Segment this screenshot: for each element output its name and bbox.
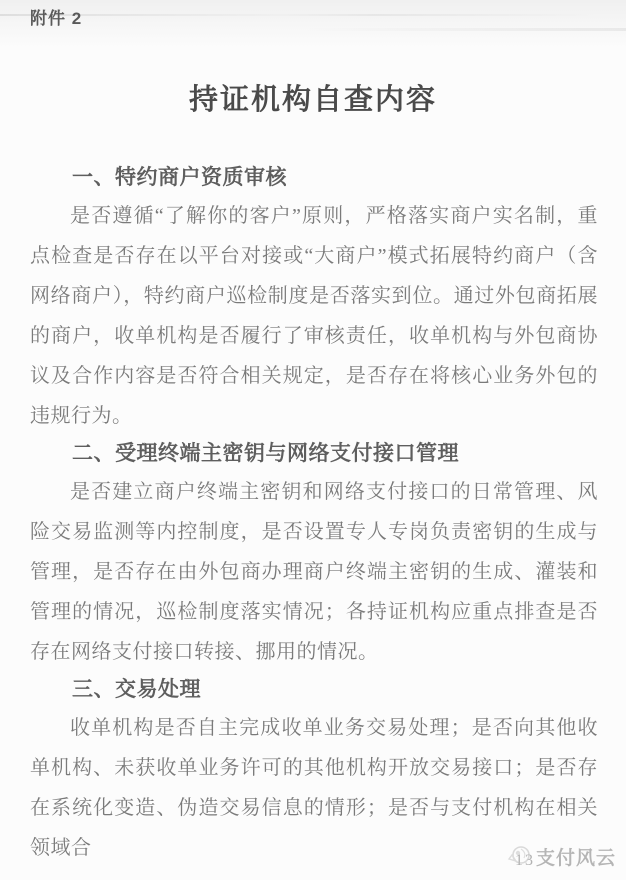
watermark-text: 支付风云 (536, 843, 616, 870)
section-paragraph-2: 是否建立商户终端主密钥和网络支付接口的日常管理、风险交易监测等内控制度，是否设置… (30, 472, 598, 672)
scan-streak-artifact (306, 28, 626, 31)
section-heading-3: 三、交易处理 (30, 672, 598, 708)
attachment-label: 附件 2 (30, 4, 82, 29)
document-body: 一、特约商户资质审核 是否遵循“了解你的客户”原则，严格落实商户实名制，重点检查… (30, 160, 598, 868)
scan-streak-artifact (0, 14, 626, 16)
watermark-logo-icon (506, 845, 532, 867)
scanned-document-page: 附件 2 持证机构自查内容 一、特约商户资质审核 是否遵循“了解你的客户”原则，… (0, 0, 626, 880)
section-heading-1: 一、特约商户资质审核 (30, 160, 598, 196)
section-paragraph-1: 是否遵循“了解你的客户”原则，严格落实商户实名制，重点检查是否存在以平台对接或“… (30, 196, 598, 436)
document-title: 持证机构自查内容 (0, 77, 626, 118)
watermark: 支付风云 (506, 842, 616, 870)
section-heading-2: 二、受理终端主密钥与网络支付接口管理 (30, 436, 598, 472)
